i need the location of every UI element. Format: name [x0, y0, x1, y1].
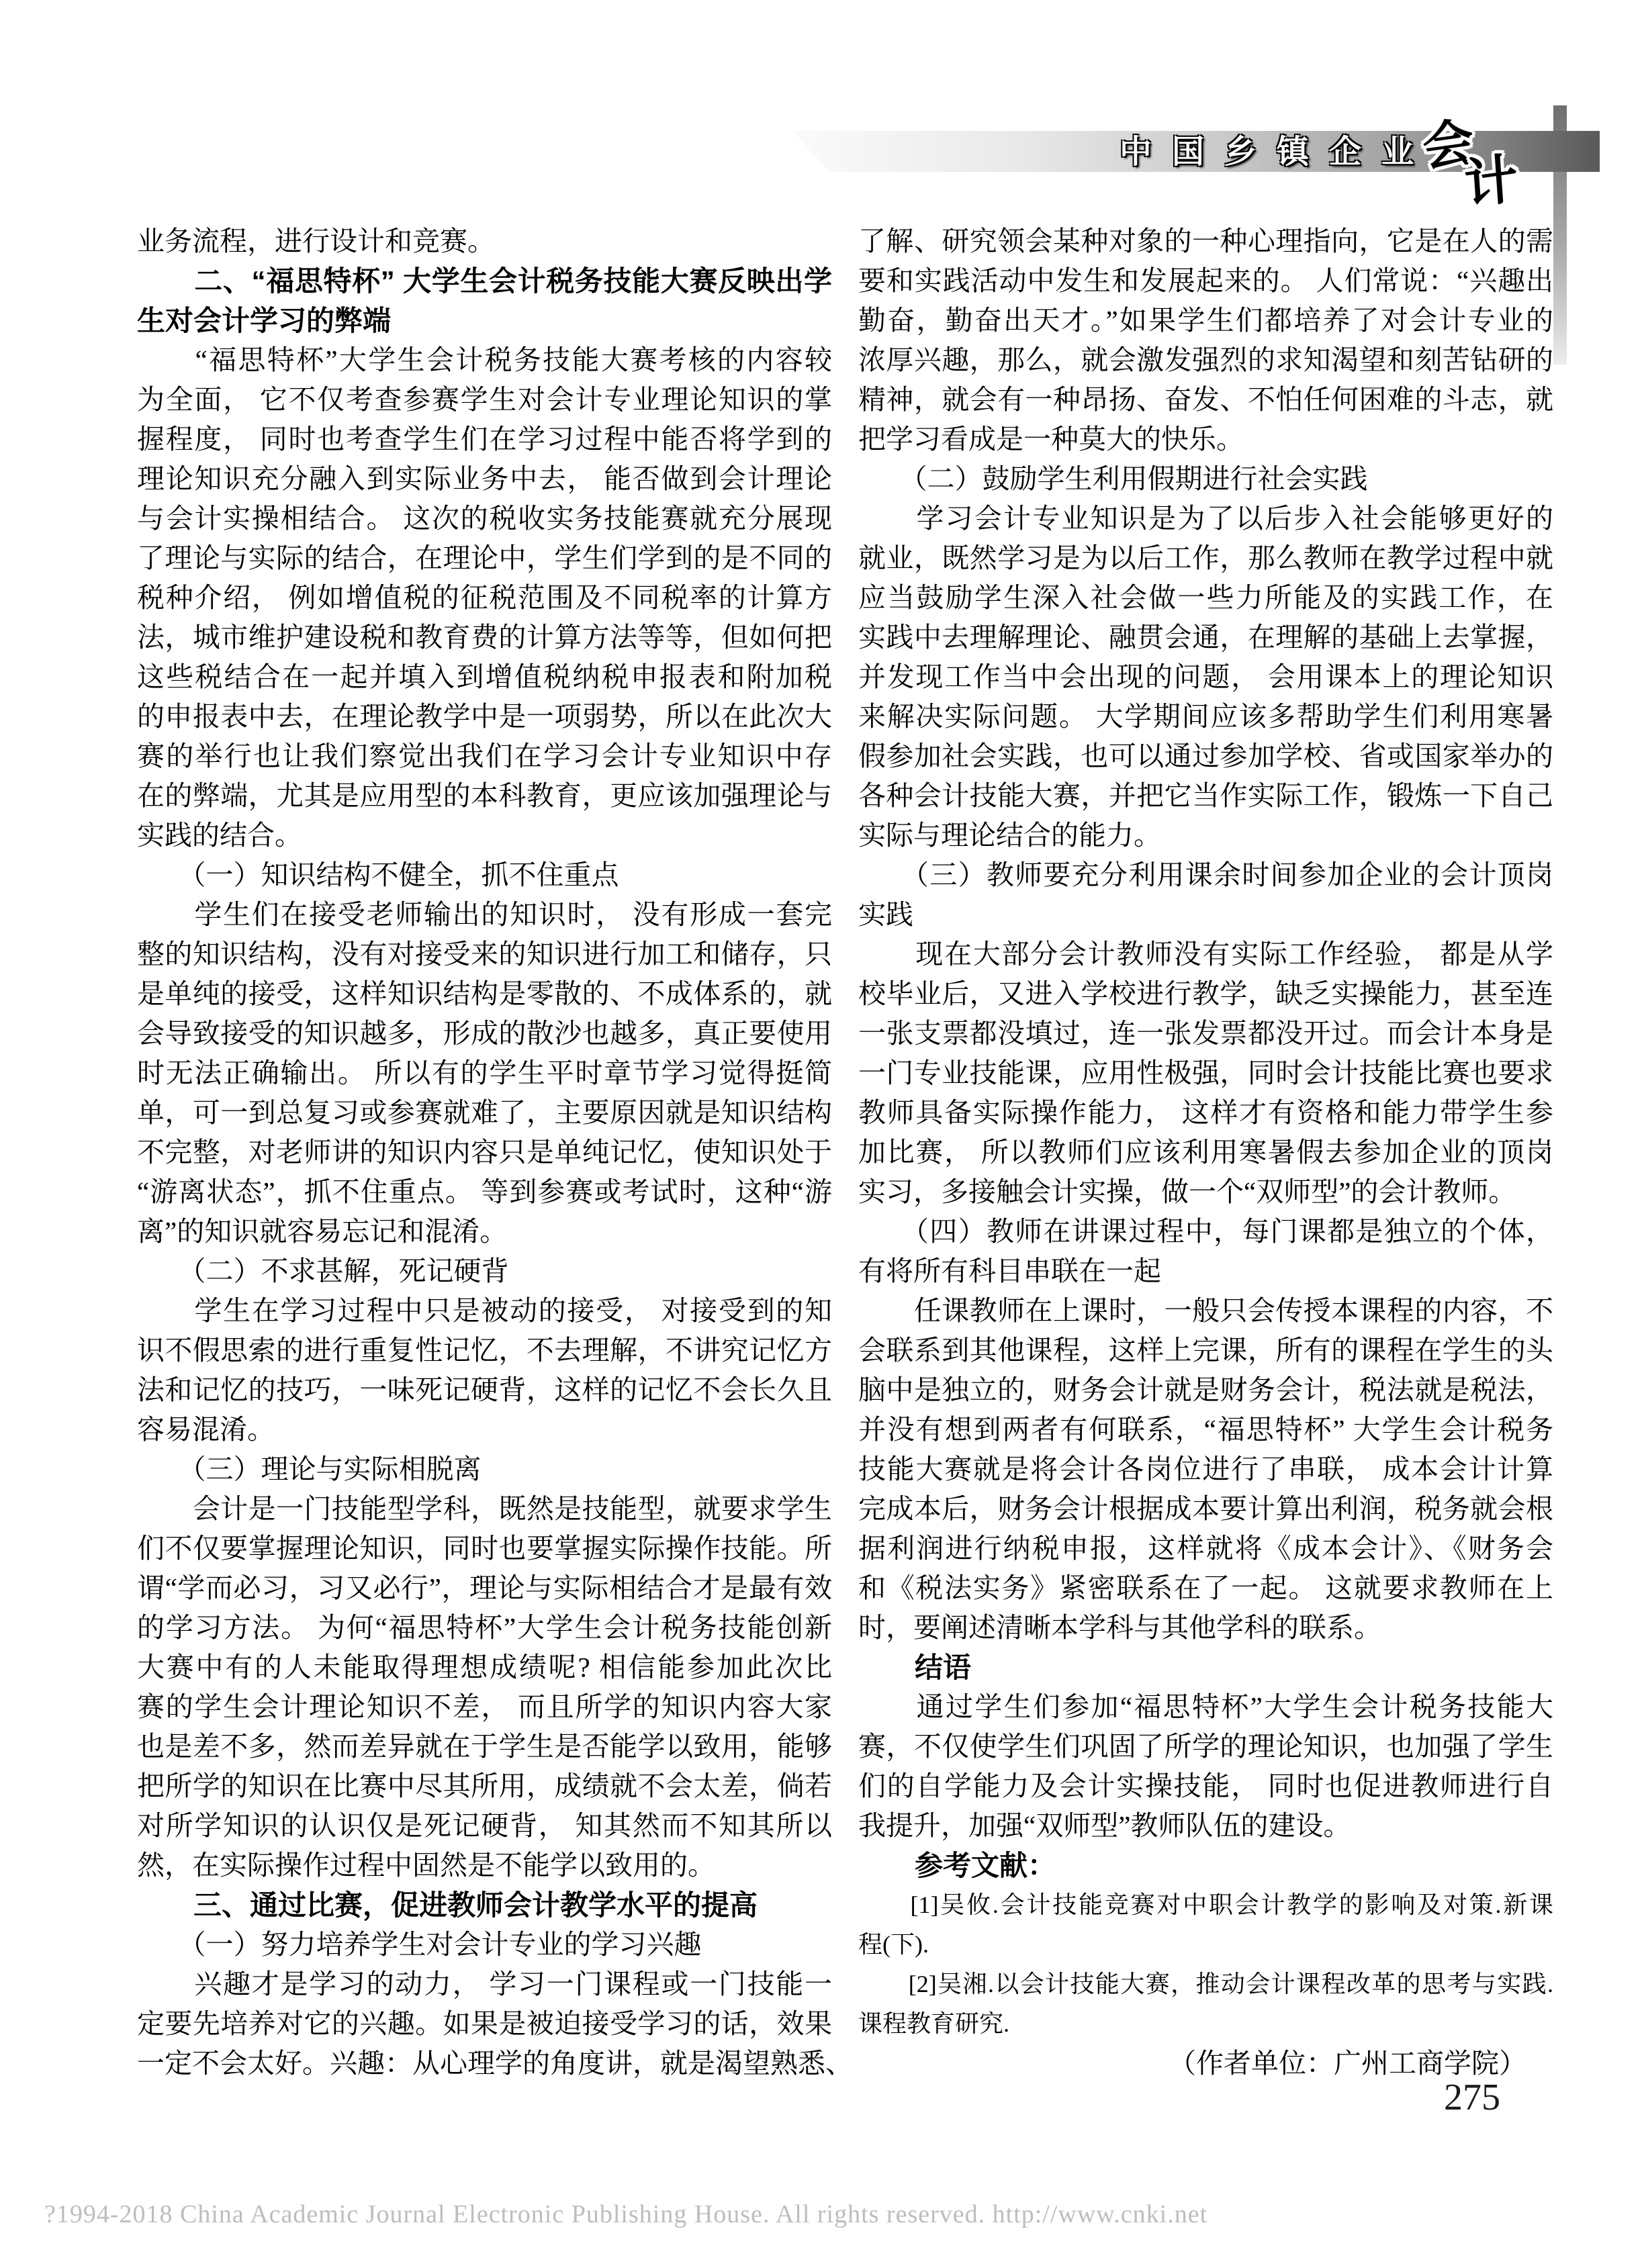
- text-line: 学生们在接受老师输出的知识时， 没有形成一套完: [137, 895, 832, 935]
- text-line: 通过学生们参加“福思特杯”大学生会计税务技能大: [858, 1687, 1553, 1727]
- text-line: 不完整，对老师讲的知识内容只是单纯记忆，使知识处于: [137, 1133, 832, 1172]
- text-line: 浓厚兴趣，那么，就会激发强烈的求知渴望和刻苦钻研的: [858, 340, 1553, 380]
- text-line: 就业，既然学习是为以后工作，那么教师在教学过程中就: [858, 538, 1553, 578]
- text-line: 握程度， 同时也考查学生们在学习过程中能否将学到的: [137, 420, 832, 459]
- text-line: 勤奋，勤奋出天才。”如果学生们都培养了对会计专业的: [858, 301, 1553, 340]
- footer-copyright: ?1994-2018 China Academic Journal Electr…: [44, 2200, 1589, 2229]
- text-line: 参考文献：: [858, 1846, 1553, 1885]
- text-line: 这些税结合在一起并填入到增值税纳税申报表和附加税: [137, 657, 832, 697]
- text-line: 来解决实际问题。 大学期间应该多帮助学生们利用寒暑: [858, 697, 1553, 737]
- text-line: （一）知识结构不健全，抓不住重点: [137, 855, 832, 895]
- text-line: “游离状态”，抓不住重点。 等到参赛或考试时，这种“游: [137, 1172, 832, 1212]
- text-line: 结语: [858, 1648, 1553, 1687]
- text-line: 会导致接受的知识越多，形成的散沙也越多，真正要使用: [137, 1014, 832, 1053]
- text-line: “福思特杯”大学生会计税务技能大赛考核的内容较: [137, 340, 832, 380]
- text-line: 校毕业后，又进入学校进行教学，缺乏实操能力，甚至连: [858, 974, 1553, 1014]
- text-line: 我提升，加强“双师型”教师队伍的建设。: [858, 1806, 1553, 1846]
- text-line: 把学习看成是一种莫大的快乐。: [858, 420, 1553, 459]
- text-line: （四）教师在讲课过程中，每门课都是独立的个体，没: [858, 1212, 1553, 1251]
- text-line: 对所学知识的认识仅是死记硬背， 知其然而不知其所以: [137, 1806, 832, 1846]
- text-line: 精神，就会有一种昂扬、奋发、不怕任何困难的斗志，就会: [858, 380, 1553, 420]
- page-number: 275: [1444, 2076, 1500, 2119]
- text-line: 实习，多接触会计实操，做一个“双师型”的会计教师。: [858, 1172, 1553, 1212]
- text-line: 是单纯的接受，这样知识结构是零散的、不成体系的，就: [137, 974, 832, 1014]
- text-line: 与会计实操相结合。 这次的税收实务技能赛就充分展现: [137, 499, 832, 538]
- text-line: 现在大部分会计教师没有实际工作经验， 都是从学: [858, 935, 1553, 974]
- text-line: 脑中是独立的，财务会计就是财务会计，税法就是税法，: [858, 1370, 1553, 1410]
- text-line: （三）理论与实际相脱离: [137, 1450, 832, 1489]
- text-line: 实践的结合。: [137, 816, 832, 855]
- text-line: 赛，不仅使学生们巩固了所学的理论知识，也加强了学生: [858, 1727, 1553, 1766]
- text-line: 兴趣才是学习的动力， 学习一门课程或一门技能一: [137, 1965, 832, 2004]
- text-line: 为全面， 它不仅考查参赛学生对会计专业理论知识的掌: [137, 380, 832, 420]
- text-line: 们不仅要掌握理论知识，同时也要掌握实际操作技能。所: [137, 1529, 832, 1568]
- text-line: 的申报表中去，在理论教学中是一项弱势，所以在此次大: [137, 697, 832, 737]
- journal-name: 中国乡镇企业: [1120, 131, 1434, 172]
- text-line: 了解、研究领会某种对象的一种心理指向，它是在人的需: [858, 222, 1553, 261]
- text-line: 并发现工作当中会出现的问题， 会用课本上的理论知识: [858, 657, 1553, 697]
- text-line: 学习会计专业知识是为了以后步入社会能够更好的: [858, 499, 1553, 538]
- text-line: 了理论与实际的结合，在理论中，学生们学到的是不同的: [137, 538, 832, 578]
- text-line: 假参加社会实践，也可以通过参加学校、省或国家举办的: [858, 737, 1553, 776]
- text-line: 谓“学而必习，习又必行”，理论与实际相结合才是最有效: [137, 1568, 832, 1608]
- text-line: 的学习方法。 为何“福思特杯”大学生会计税务技能创新: [137, 1608, 832, 1648]
- text-line: 大赛中有的人未能取得理想成绩呢? 相信能参加此次比: [137, 1648, 832, 1687]
- text-line: 任课教师在上课时，一般只会传授本课程的内容，不: [858, 1291, 1553, 1331]
- masthead-char-ji: 计: [1461, 134, 1520, 219]
- text-line: 和《税法实务》紧密联系在了一起。 这就要求教师在上课: [858, 1568, 1553, 1608]
- text-line: 定要先培养对它的兴趣。如果是被迫接受学习的话，效果: [137, 2004, 832, 2044]
- text-line: 学生在学习过程中只是被动的接受， 对接受到的知: [137, 1291, 832, 1331]
- text-line: 在的弊端，尤其是应用型的本科教育，更应该加强理论与: [137, 776, 832, 816]
- text-line: 生对会计学习的弊端: [137, 301, 832, 340]
- article-column-left: 业务流程，进行设计和竞赛。 二、“福思特杯” 大学生会计税务技能大赛反映出学生对…: [137, 222, 832, 2083]
- text-line: 赛的举行也让我们察觉出我们在学习会计专业知识中存: [137, 737, 832, 776]
- text-line: 离”的知识就容易忘记和混淆。: [137, 1212, 832, 1251]
- text-line: 容易混淆。: [137, 1410, 832, 1450]
- text-line: 课程教育研究.: [858, 2004, 1553, 2044]
- text-line: 实践中去理解理论、融贯会通，在理解的基础上去掌握，: [858, 618, 1553, 657]
- text-line: 实际与理论结合的能力。: [858, 816, 1553, 855]
- text-line: （一）努力培养学生对会计专业的学习兴趣: [137, 1925, 832, 1965]
- text-line: （三）教师要充分利用课余时间参加企业的会计顶岗: [858, 855, 1553, 895]
- text-line: 各种会计技能大赛，并把它当作实际工作，锻炼一下自己: [858, 776, 1553, 816]
- text-line: 二、“福思特杯” 大学生会计税务技能大赛反映出学: [137, 261, 832, 301]
- text-line: 赛的学生会计理论知识不差， 而且所学的知识内容大家: [137, 1687, 832, 1727]
- text-line: 然，在实际操作过程中固然是不能学以致用的。: [137, 1846, 832, 1885]
- text-line: （二）鼓励学生利用假期进行社会实践: [858, 459, 1553, 499]
- text-line: 把所学的知识在比赛中尽其所用，成绩就不会太差，倘若: [137, 1766, 832, 1806]
- article-column-right: 了解、研究领会某种对象的一种心理指向，它是在人的需要和实践活动中发生和发展起来的…: [858, 222, 1553, 2083]
- text-line: （二）不求甚解，死记硬背: [137, 1251, 832, 1291]
- text-line: 法，城市维护建设税和教育费的计算方法等等，但如何把: [137, 618, 832, 657]
- text-line: 会联系到其他课程，这样上完课，所有的课程在学生的头: [858, 1331, 1553, 1370]
- text-line: 时无法正确输出。 所以有的学生平时章节学习觉得挺简: [137, 1053, 832, 1093]
- text-line: 程(下).: [858, 1925, 1553, 1965]
- text-line: 法和记忆的技巧，一味死记硬背，这样的记忆不会长久且: [137, 1370, 832, 1410]
- text-line: 业务流程，进行设计和竞赛。: [137, 222, 832, 261]
- text-line: 加比赛， 所以教师们应该利用寒暑假去参加企业的顶岗: [858, 1133, 1553, 1172]
- text-line: 要和实践活动中发生和发展起来的。 人们常说：“兴趣出: [858, 261, 1553, 301]
- text-line: 三、通过比赛，促进教师会计教学水平的提高: [137, 1885, 832, 1925]
- text-line: 理论知识充分融入到实际业务中去， 能否做到会计理论: [137, 459, 832, 499]
- text-line: 会计是一门技能型学科，既然是技能型，就要求学生: [137, 1489, 832, 1529]
- text-line: 识不假思索的进行重复性记忆，不去理解，不讲究记忆方: [137, 1331, 832, 1370]
- text-line: 完成本后，财务会计根据成本要计算出利润，税务就会根: [858, 1489, 1553, 1529]
- text-line: [1]吴攸.会计技能竞赛对中职会计教学的影响及对策.新课: [858, 1885, 1553, 1925]
- text-line: 教师具备实际操作能力， 这样才有资格和能力带学生参: [858, 1093, 1553, 1133]
- text-line: 一门专业技能课，应用性极强，同时会计技能比赛也要求: [858, 1053, 1553, 1093]
- text-line: 有将所有科目串联在一起: [858, 1251, 1553, 1291]
- text-line: 税种介绍， 例如增值税的征税范围及不同税率的计算方: [137, 578, 832, 618]
- text-line: 技能大赛就是将会计各岗位进行了串联， 成本会计计算: [858, 1450, 1553, 1489]
- text-line: 时，要阐述清晰本学科与其他学科的联系。: [858, 1608, 1553, 1648]
- text-line: 应当鼓励学生深入社会做一些力所能及的实践工作，在: [858, 578, 1553, 618]
- text-line: 据利润进行纳税申报，这样就将《成本会计》、《财务会计》: [858, 1529, 1553, 1568]
- text-line: 们的自学能力及会计实操技能， 同时也促进教师进行自: [858, 1766, 1553, 1806]
- text-line: 单，可一到总复习或参赛就难了，主要原因就是知识结构: [137, 1093, 832, 1133]
- text-line: 整的知识结构，没有对接受来的知识进行加工和储存，只: [137, 935, 832, 974]
- text-line: 一张支票都没填过，连一张发票都没开过。而会计本身是: [858, 1014, 1553, 1053]
- text-line: 实践: [858, 895, 1553, 935]
- text-line: 也是差不多，然而差异就在于学生是否能学以致用，能够: [137, 1727, 832, 1766]
- text-line: [2]吴湘.以会计技能大赛，推动会计课程改革的思考与实践.: [858, 1965, 1553, 2004]
- text-line: 一定不会太好。兴趣：从心理学的角度讲，就是渴望熟悉、: [137, 2044, 832, 2083]
- text-line: 并没有想到两者有何联系，“福思特杯” 大学生会计税务: [858, 1410, 1553, 1450]
- journal-page: 中国乡镇企业 会 计 业务流程，进行设计和竞赛。 二、“福思特杯” 大学生会计税…: [0, 0, 1642, 2268]
